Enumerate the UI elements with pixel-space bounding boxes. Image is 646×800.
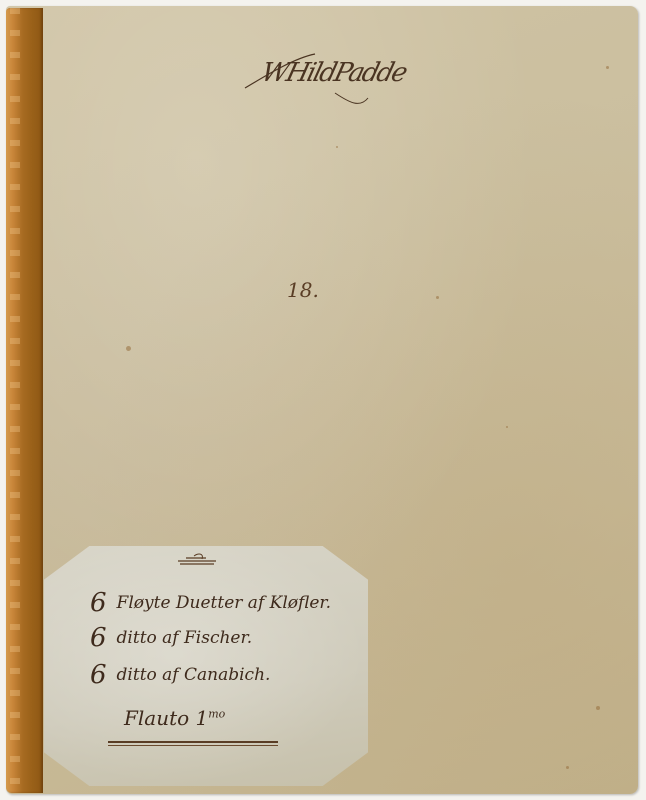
paper-stain	[126, 346, 131, 351]
owner-signature: WHildPadde	[258, 58, 409, 88]
quantity: 6	[90, 623, 107, 653]
line-text: Fløyte Duetter af Kløfler.	[117, 593, 332, 613]
line-text: ditto af Fischer.	[117, 628, 253, 648]
decorative-flourish-icon	[176, 553, 218, 567]
paper-stain	[506, 426, 508, 428]
paper-stain	[606, 66, 609, 69]
part-number: 1	[196, 706, 209, 730]
line-text: ditto af Canabich.	[117, 665, 271, 685]
label-line-2: 6ditto af Fischer.	[90, 623, 252, 653]
label-line-1: 6Fløyte Duetter af Kløfler.	[90, 588, 331, 618]
part-suffix: mo	[208, 707, 225, 720]
instrument-part: Flauto 1mo	[124, 706, 225, 730]
quantity: 6	[90, 588, 107, 618]
quantity: 6	[90, 660, 107, 690]
double-underline	[108, 745, 278, 746]
instrument-name: Flauto	[124, 706, 189, 730]
paper-stain	[336, 146, 338, 148]
double-underline	[108, 741, 278, 743]
shelf-number: 18.	[287, 278, 319, 302]
paper-stain	[566, 766, 569, 769]
paper-stain	[596, 706, 600, 710]
leather-spine	[6, 8, 43, 793]
label-line-3: 6ditto af Canabich.	[90, 660, 270, 690]
paper-stain	[436, 296, 439, 299]
